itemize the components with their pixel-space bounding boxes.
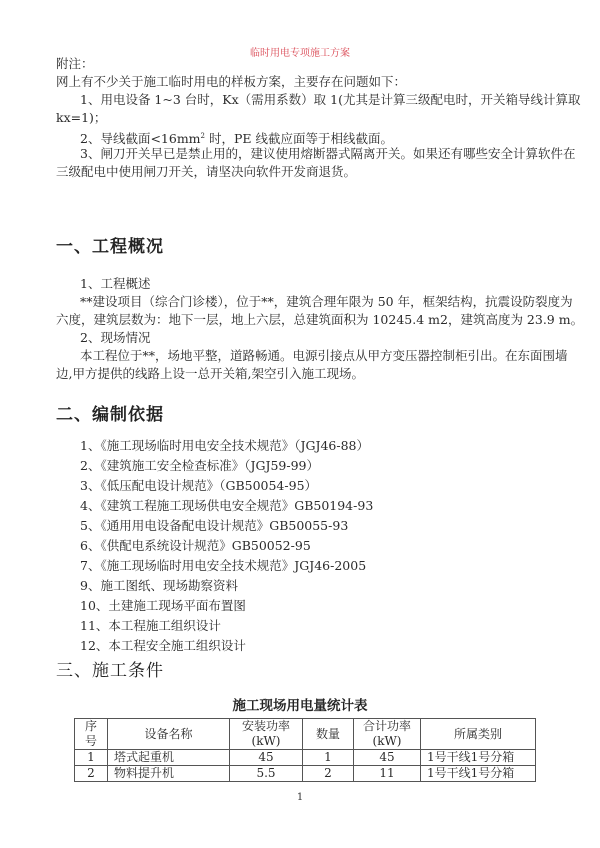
- reference-item: 7、《施工现场临时用电安全技术规范》JGJ46-2005: [80, 556, 366, 574]
- col-header-no: 序号: [75, 719, 108, 750]
- cell-total-power: 45: [354, 750, 421, 766]
- table-header-row: 序号 设备名称 安装功率(kW) 数量 合计功率(kW) 所属类别: [75, 719, 536, 750]
- section-1-sub-2-line-1: 本工程位于**，场地平整，道路畅通。电源引接点从甲方变压器控制柜引出。在东面围墙: [80, 348, 568, 364]
- note-item-1-line-2: kx=1)；: [56, 110, 106, 126]
- document-page: 临时用电专项施工方案 附注： 网上有不少关于施工临时用电的样板方案，主要存在问题…: [0, 0, 600, 848]
- cell-total-power: 11: [354, 766, 421, 782]
- reference-item: 2、《建筑施工安全检查标准》（JGJ59-99）: [80, 456, 319, 474]
- section-1-sub-2-title: 2、现场情况: [80, 330, 150, 346]
- note-item-2-post: 时，PE 线截应面等于相线截面。: [205, 131, 393, 146]
- reference-item: 1、《施工现场临时用电安全技术规范》（JGJ46-88）: [80, 436, 369, 454]
- reference-item: 5、《通用用电设备配电设计规范》GB50055-93: [80, 516, 348, 534]
- note-label: 附注：: [56, 56, 94, 72]
- reference-item: 11、本工程施工组织设计: [80, 616, 221, 634]
- note-intro: 网上有不少关于施工临时用电的样板方案，主要存在问题如下：: [56, 74, 406, 90]
- col-header-quantity: 数量: [303, 719, 354, 750]
- note-item-2: 2、导线截面<16mm2 时，PE 线截应面等于相线截面。: [80, 128, 393, 147]
- cell-quantity: 1: [303, 750, 354, 766]
- note-item-2-pre: 2、导线截面<16mm: [80, 131, 201, 146]
- cell-category: 1号干线1号分箱: [421, 766, 536, 782]
- section-2-heading: 二、编制依据: [56, 400, 164, 425]
- cell-install-power: 5.5: [230, 766, 303, 782]
- cell-no: 1: [75, 750, 108, 766]
- reference-item: 4、《建筑工程施工现场供电安全规范》GB50194-93: [80, 496, 373, 514]
- cell-quantity: 2: [303, 766, 354, 782]
- cell-install-power: 45: [230, 750, 303, 766]
- reference-item: 6、《供配电系统设计规范》GB50052-95: [80, 536, 311, 554]
- reference-item: 3、《低压配电设计规范》（GB50054-95）: [80, 476, 317, 494]
- cell-name: 塔式起重机: [108, 750, 230, 766]
- section-1-sub-1-line-2: 六度，建筑层数为：地下一层，地上六层，总建筑面积为 10245.4 m2，建筑高…: [56, 312, 583, 328]
- section-3-heading: 三、施工条件: [56, 656, 164, 681]
- reference-item: 12、本工程安全施工组织设计: [80, 636, 246, 654]
- table-title: 施工现场用电量统计表: [0, 694, 600, 714]
- cell-category: 1号干线1号分箱: [421, 750, 536, 766]
- col-header-total-power: 合计功率(kW): [354, 719, 421, 750]
- note-item-3-line-2: 三级配电中使用闸刀开关，请坚决向软件开发商退货。: [56, 164, 356, 180]
- reference-item: 10、土建施工现场平面布置图: [80, 596, 246, 614]
- col-header-category: 所属类别: [421, 719, 536, 750]
- table-row: 2 物料提升机 5.5 2 11 1号干线1号分箱: [75, 766, 536, 782]
- page-number: 1: [0, 792, 600, 803]
- section-1-sub-1-line-1: **建设项目（综合门诊楼），位于**，建筑合理年限为 50 年，框架结构，抗震设…: [80, 294, 573, 310]
- note-item-3-line-1: 3、闸刀开关早已是禁止用的，建议使用熔断器式隔离开关。如果还有哪些安全计算软件在: [80, 146, 575, 162]
- section-1-sub-1-title: 1、工程概述: [80, 276, 150, 292]
- section-1-heading: 一、工程概况: [56, 232, 164, 257]
- col-header-install-power: 安装功率(kW): [230, 719, 303, 750]
- reference-item: 9、施工图纸、现场勘察资料: [80, 576, 238, 594]
- col-header-name: 设备名称: [108, 719, 230, 750]
- power-usage-table: 序号 设备名称 安装功率(kW) 数量 合计功率(kW) 所属类别 1 塔式起重…: [74, 718, 536, 782]
- note-item-1-line-1: 1、用电设备 1~3 台时，Kx（需用系数）取 1(尤其是计算三级配电时，开关箱…: [80, 92, 580, 108]
- section-1-sub-2-line-2: 边,甲方提供的线路上设一总开关箱,架空引入施工现场。: [56, 366, 364, 382]
- table-row: 1 塔式起重机 45 1 45 1号干线1号分箱: [75, 750, 536, 766]
- cell-name: 物料提升机: [108, 766, 230, 782]
- cell-no: 2: [75, 766, 108, 782]
